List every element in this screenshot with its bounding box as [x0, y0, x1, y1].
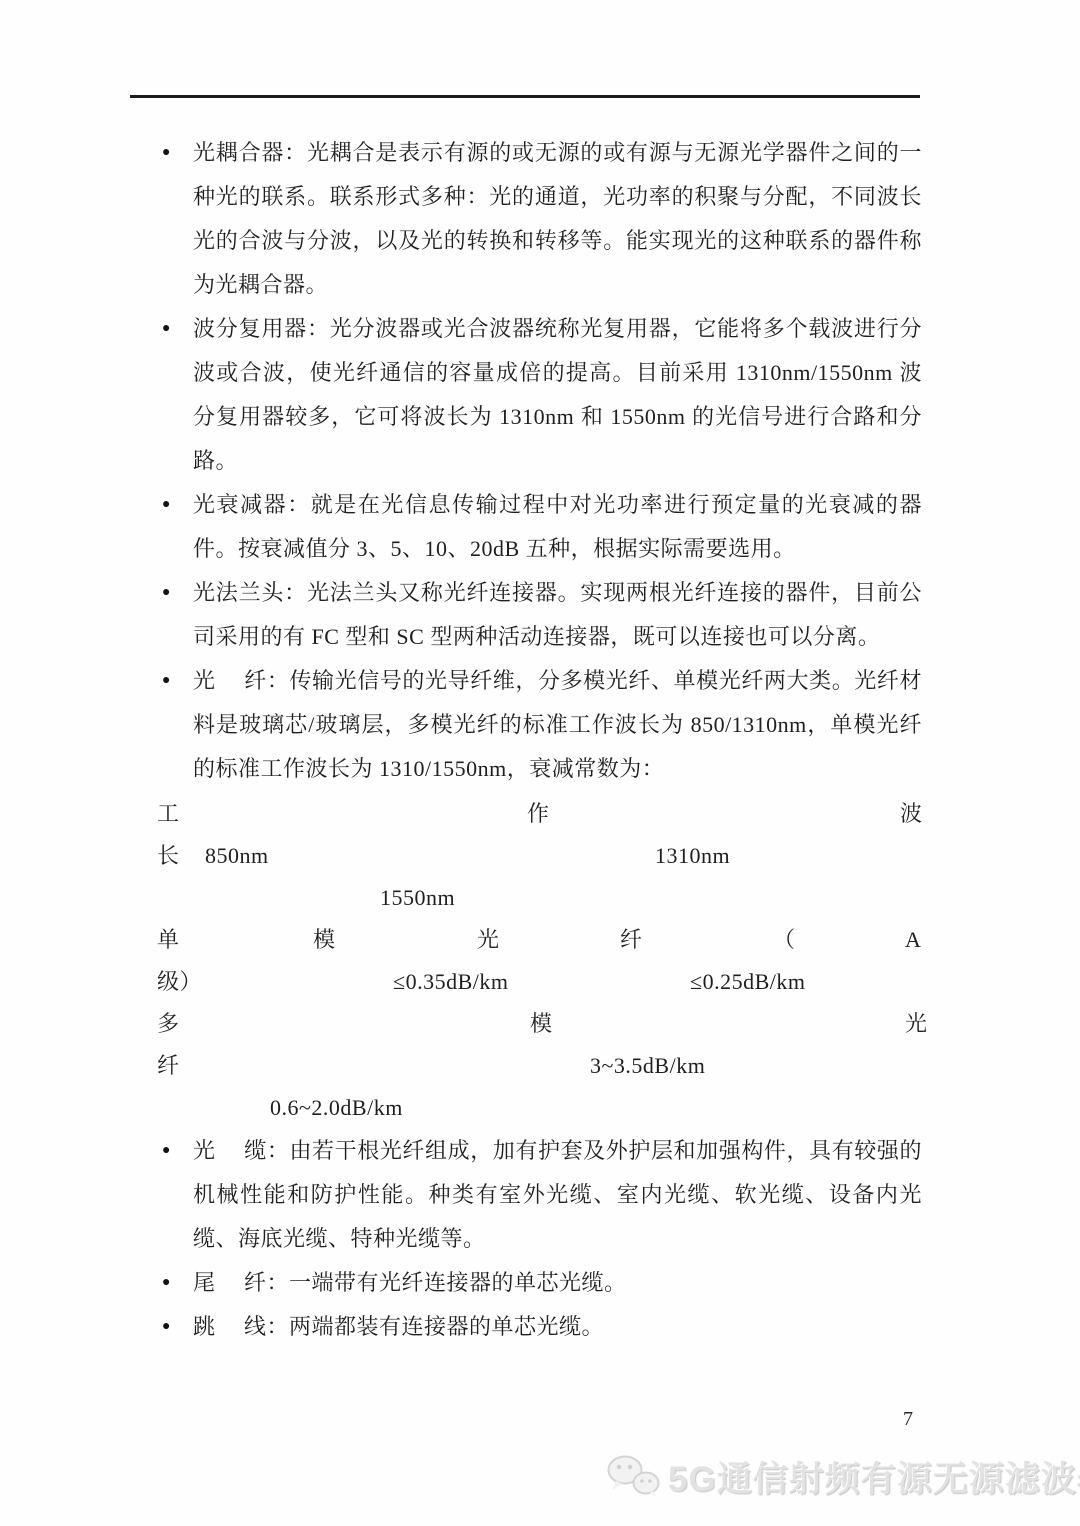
table-cell: 模 [313, 919, 336, 961]
bullet-text: 波分复用器：光分波器或光合波器统称光复用器，它能将多个载波进行分波或合波，使光纤… [193, 307, 922, 483]
bullet-text: 光法兰头：光法兰头又称光纤连接器。实现两根光纤连接的器件，目前公司采用的有 FC… [193, 571, 922, 659]
table-cell: 多 [157, 1003, 180, 1045]
document-body: ● 光耦合器：光耦合是表示有源的或无源的或有源与无源光学器件之间的一种光的联系。… [155, 131, 922, 1349]
table-row: 0.6~2.0dB/km [155, 1087, 922, 1129]
bullet-text: 尾 纤：一端带有光纤连接器的单芯光缆。 [193, 1261, 922, 1305]
table-cell: 长 [157, 835, 180, 877]
table-row: 单 模 光 纤 （ A [155, 919, 922, 961]
header-divider [130, 95, 920, 98]
table-cell: （ [773, 919, 796, 961]
bullet-text: 光 缆：由若干根光纤组成，加有护套及外护层和加强构件，具有较强的机械性能和防护性… [193, 1129, 922, 1261]
table-cell: 3~3.5dB/km [590, 1045, 705, 1087]
table-cell: A [905, 919, 921, 961]
table-row: 级） ≤0.35dB/km ≤0.25dB/km [155, 961, 922, 1003]
table-cell: 工 [157, 793, 180, 835]
table-row: 多 模 光 [155, 1003, 922, 1045]
bullet-text: 光 纤：传输光信号的光导纤维，分多模光纤、单模光纤两大类。光纤材料是玻璃芯/玻璃… [193, 659, 922, 791]
table-cell: 0.6~2.0dB/km [270, 1087, 403, 1129]
table-cell: 纤 [620, 919, 643, 961]
page-number: 7 [903, 1408, 913, 1431]
bullet-item-attenuator: ● 光衰减器：就是在光信息传输过程中对光功率进行预定量的光衰减的器件。按衰减值分… [155, 483, 922, 571]
bullet-icon: ● [155, 483, 193, 571]
wechat-icon [604, 1454, 662, 1500]
table-cell: 纤 [157, 1045, 180, 1087]
table-cell: 光 [905, 1003, 928, 1045]
table-cell: 单 [157, 919, 180, 961]
bullet-icon: ● [155, 307, 193, 483]
bullet-item-pigtail: ● 尾 纤：一端带有光纤连接器的单芯光缆。 [155, 1261, 922, 1305]
bullet-icon: ● [155, 1305, 193, 1349]
table-row: 长 850nm 1310nm [155, 835, 922, 877]
bullet-icon: ● [155, 571, 193, 659]
table-cell: 1310nm [655, 835, 730, 877]
table-cell: ≤0.25dB/km [690, 961, 805, 1003]
bullet-icon: ● [155, 659, 193, 791]
bullet-item-wdm: ● 波分复用器：光分波器或光合波器统称光复用器，它能将多个载波进行分波或合波，使… [155, 307, 922, 483]
bullet-item-cable: ● 光 缆：由若干根光纤组成，加有护套及外护层和加强构件，具有较强的机械性能和防… [155, 1129, 922, 1261]
document-page: ● 光耦合器：光耦合是表示有源的或无源的或有源与无源光学器件之间的一种光的联系。… [0, 0, 1080, 1526]
table-row: 1550nm [155, 877, 922, 919]
table-cell: 1550nm [380, 877, 455, 919]
watermark: 5G通信射频有源无源滤波器天线 [604, 1452, 1080, 1502]
bullet-icon: ● [155, 1129, 193, 1261]
table-row: 工 作 波 [155, 793, 922, 835]
bullet-item-coupler: ● 光耦合器：光耦合是表示有源的或无源的或有源与无源光学器件之间的一种光的联系。… [155, 131, 922, 307]
bullet-item-jumper: ● 跳 线：两端都装有连接器的单芯光缆。 [155, 1305, 922, 1349]
bullet-icon: ● [155, 1261, 193, 1305]
watermark-text: 5G通信射频有源无源滤波器天线 [668, 1452, 1080, 1502]
table-cell: 光 [477, 919, 500, 961]
attenuation-table: 工 作 波 长 850nm 1310nm 1550nm 单 模 光 纤 （ A [155, 793, 922, 1129]
bullet-item-flange: ● 光法兰头：光法兰头又称光纤连接器。实现两根光纤连接的器件，目前公司采用的有 … [155, 571, 922, 659]
bullet-text: 光衰减器：就是在光信息传输过程中对光功率进行预定量的光衰减的器件。按衰减值分 3… [193, 483, 922, 571]
bullet-text: 光耦合器：光耦合是表示有源的或无源的或有源与无源光学器件之间的一种光的联系。联系… [193, 131, 922, 307]
bullet-text: 跳 线：两端都装有连接器的单芯光缆。 [193, 1305, 922, 1349]
table-cell: 850nm [205, 835, 269, 877]
table-cell: 级） [157, 961, 202, 1003]
bullet-icon: ● [155, 131, 193, 307]
table-cell: 模 [530, 1003, 553, 1045]
table-cell: 作 [527, 793, 550, 835]
table-cell: ≤0.35dB/km [393, 961, 508, 1003]
table-cell: 波 [900, 793, 923, 835]
bullet-item-fiber: ● 光 纤：传输光信号的光导纤维，分多模光纤、单模光纤两大类。光纤材料是玻璃芯/… [155, 659, 922, 791]
table-row: 纤 3~3.5dB/km [155, 1045, 922, 1087]
